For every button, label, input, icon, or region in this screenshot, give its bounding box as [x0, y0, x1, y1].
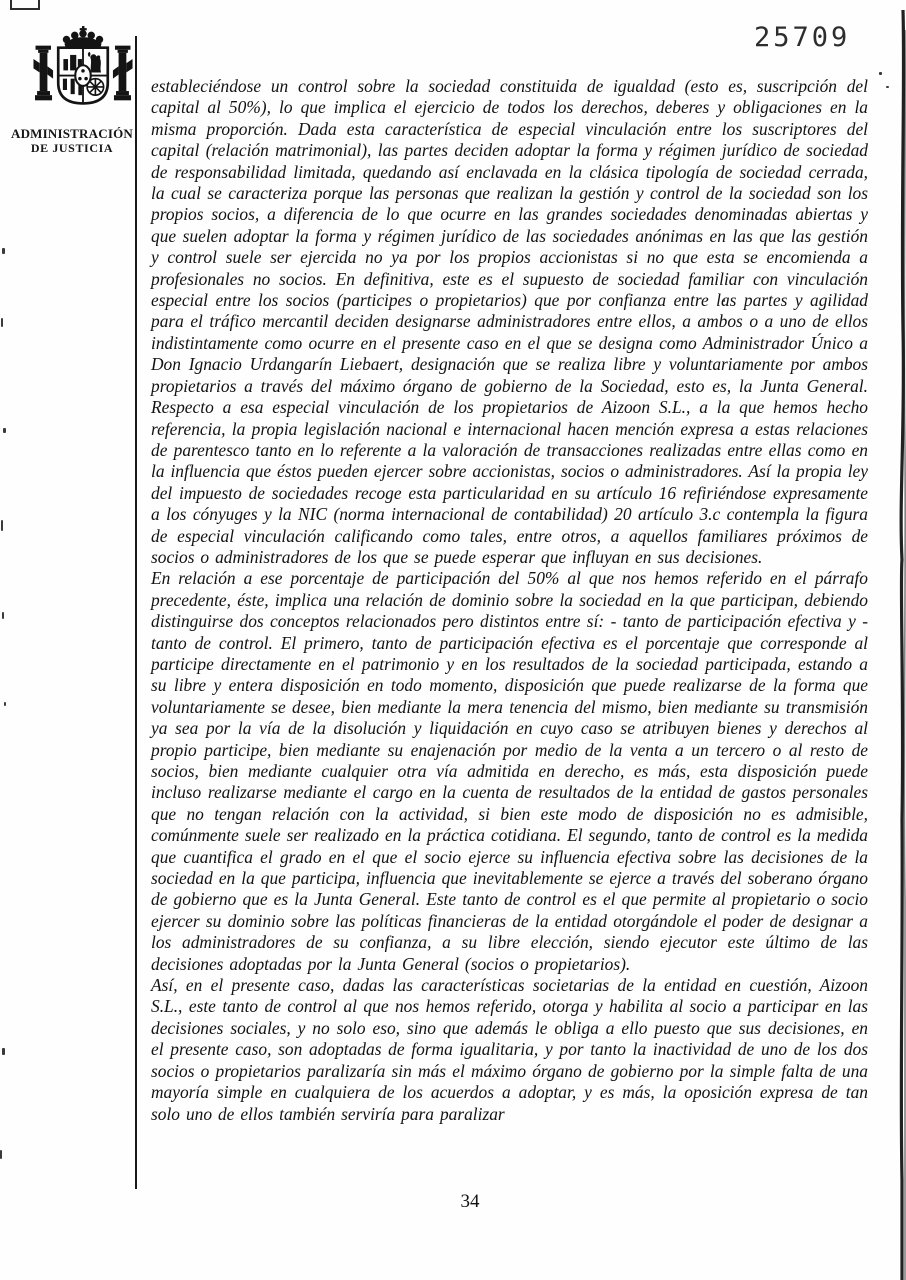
scan-speck	[879, 72, 882, 75]
scanned-court-document-page: ADMINISTRACIÓN DE JUSTICIA 25709 estable…	[0, 0, 906, 1280]
letterhead-org-name: ADMINISTRACIÓN DE JUSTICIA	[4, 126, 140, 155]
scan-speck	[1, 520, 3, 531]
scan-speck	[723, 299, 725, 302]
body-paragraph-2: En relación a ese porcentaje de particip…	[151, 568, 868, 975]
scan-corner-fragment	[10, 0, 40, 10]
scan-speck	[2, 248, 5, 254]
document-body-text: estableciéndose un control sobre la soci…	[151, 76, 868, 1125]
folio-stamp-number: 25709	[754, 22, 850, 53]
scan-speck	[2, 612, 4, 619]
org-line-1: ADMINISTRACIÓN	[4, 126, 140, 141]
scan-edge-smudge	[894, 0, 906, 1280]
scan-speck	[0, 1150, 2, 1159]
scan-speck	[4, 702, 6, 706]
scan-speck	[2, 1048, 5, 1055]
spain-coat-of-arms-icon	[33, 25, 133, 122]
margin-divider-rule	[135, 36, 137, 1189]
scan-speck	[3, 428, 6, 433]
org-line-2: DE JUSTICIA	[4, 141, 140, 155]
body-paragraph-1: estableciéndose un control sobre la soci…	[151, 76, 868, 568]
scan-speck	[886, 86, 889, 88]
page-number: 34	[420, 1191, 520, 1213]
body-paragraph-3: Así, en el presente caso, dadas las cara…	[151, 975, 868, 1125]
scan-speck	[1, 318, 3, 327]
